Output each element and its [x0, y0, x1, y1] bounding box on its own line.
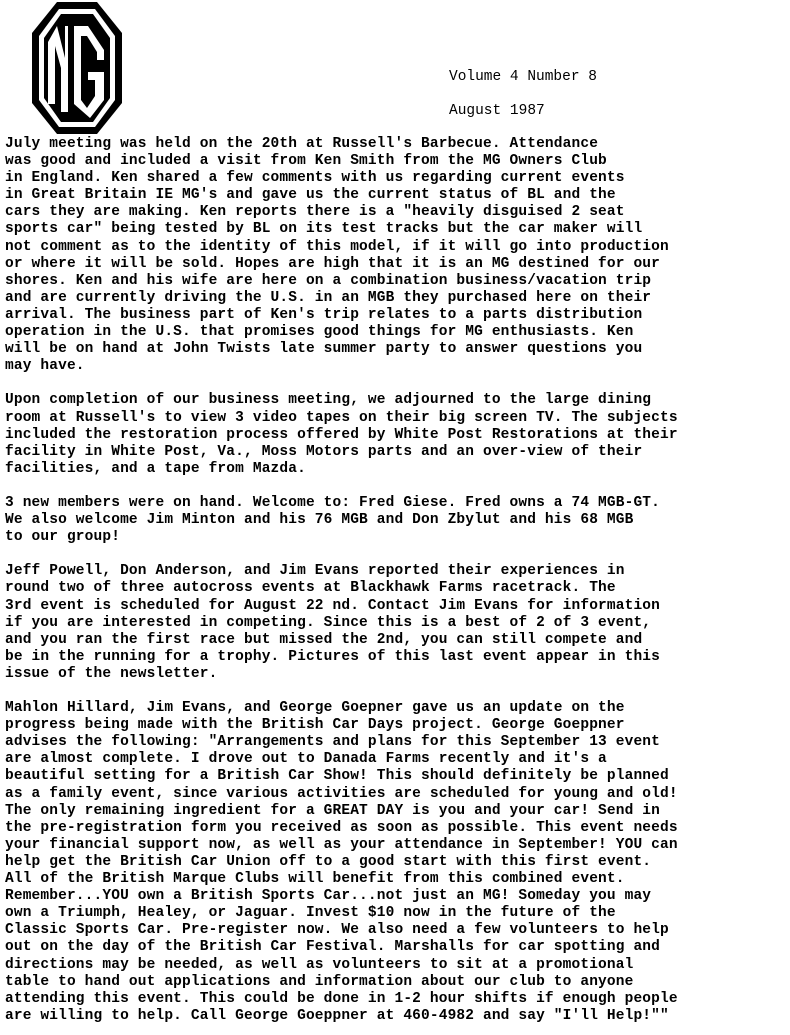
text-line: shores. Ken and his wife are here on a c… — [5, 273, 790, 290]
paragraph: July meeting was held on the 20th at Rus… — [5, 136, 790, 375]
text-line: the pre-registration form you received a… — [5, 820, 790, 837]
text-line: or where it will be sold. Hopes are high… — [5, 256, 790, 273]
text-line: was good and included a visit from Ken S… — [5, 153, 790, 170]
text-line: round two of three autocross events at B… — [5, 580, 790, 597]
text-line: directions may be needed, as well as vol… — [5, 957, 790, 974]
text-line: room at Russell's to view 3 video tapes … — [5, 410, 790, 427]
text-line: attending this event. This could be done… — [5, 991, 790, 1008]
volume-number: Volume 4 Number 8 — [449, 68, 597, 86]
text-line: sports car" being tested by BL on its te… — [5, 221, 790, 238]
text-line: as a family event, since various activit… — [5, 786, 790, 803]
text-line: and are currently driving the U.S. in an… — [5, 290, 790, 307]
paragraph: 3 new members were on hand. Welcome to: … — [5, 495, 790, 546]
text-line: if you are interested in competing. Sinc… — [5, 615, 790, 632]
text-line: beautiful setting for a British Car Show… — [5, 768, 790, 785]
paragraph: Mahlon Hillard, Jim Evans, and George Go… — [5, 700, 790, 1025]
text-line: Remember...YOU own a British Sports Car.… — [5, 888, 790, 905]
paragraph: Upon completion of our business meeting,… — [5, 392, 790, 477]
text-line: table to hand out applications and infor… — [5, 974, 790, 991]
text-line: facilities, and a tape from Mazda. — [5, 461, 790, 478]
text-line: are willing to help. Call George Goeppne… — [5, 1008, 790, 1025]
text-line: included the restoration process offered… — [5, 427, 790, 444]
text-line: will be on hand at John Twists late summ… — [5, 341, 790, 358]
mg-octagon-icon — [30, 0, 124, 136]
text-line: in Great Britain IE MG's and gave us the… — [5, 187, 790, 204]
text-line: All of the British Marque Clubs will ben… — [5, 871, 790, 888]
text-line: are almost complete. I drove out to Dana… — [5, 751, 790, 768]
text-line: Jeff Powell, Don Anderson, and Jim Evans… — [5, 563, 790, 580]
text-line: facility in White Post, Va., Moss Motors… — [5, 444, 790, 461]
newsletter-page: Volume 4 Number 8 August 1987 July meeti… — [0, 0, 790, 1035]
masthead: Volume 4 Number 8 August 1987 — [449, 68, 597, 120]
text-line: July meeting was held on the 20th at Rus… — [5, 136, 790, 153]
text-line: 3rd event is scheduled for August 22 nd.… — [5, 598, 790, 615]
newsletter-body: July meeting was held on the 20th at Rus… — [5, 136, 790, 1035]
text-line: and you ran the first race but missed th… — [5, 632, 790, 649]
text-line: out on the day of the British Car Festiv… — [5, 939, 790, 956]
text-line: be in the running for a trophy. Pictures… — [5, 649, 790, 666]
text-line: help get the British Car Union off to a … — [5, 854, 790, 871]
text-line: We also welcome Jim Minton and his 76 MG… — [5, 512, 790, 529]
issue-date: August 1987 — [449, 102, 597, 120]
text-line: operation in the U.S. that promises good… — [5, 324, 790, 341]
text-line: own a Triumph, Healey, or Jaguar. Invest… — [5, 905, 790, 922]
text-line: to our group! — [5, 529, 790, 546]
mg-logo — [30, 0, 124, 136]
text-line: not comment as to the identity of this m… — [5, 239, 790, 256]
text-line: Classic Sports Car. Pre-register now. We… — [5, 922, 790, 939]
text-line: may have. — [5, 358, 790, 375]
paragraph: Jeff Powell, Don Anderson, and Jim Evans… — [5, 563, 790, 683]
text-line: Upon completion of our business meeting,… — [5, 392, 790, 409]
text-line: The only remaining ingredient for a GREA… — [5, 803, 790, 820]
text-line: 3 new members were on hand. Welcome to: … — [5, 495, 790, 512]
text-line: advises the following: "Arrangements and… — [5, 734, 790, 751]
text-line: in England. Ken shared a few comments wi… — [5, 170, 790, 187]
text-line: progress being made with the British Car… — [5, 717, 790, 734]
text-line: cars they are making. Ken reports there … — [5, 204, 790, 221]
text-line: Mahlon Hillard, Jim Evans, and George Go… — [5, 700, 790, 717]
text-line: issue of the newsletter. — [5, 666, 790, 683]
text-line: arrival. The business part of Ken's trip… — [5, 307, 790, 324]
text-line: your financial support now, as well as y… — [5, 837, 790, 854]
